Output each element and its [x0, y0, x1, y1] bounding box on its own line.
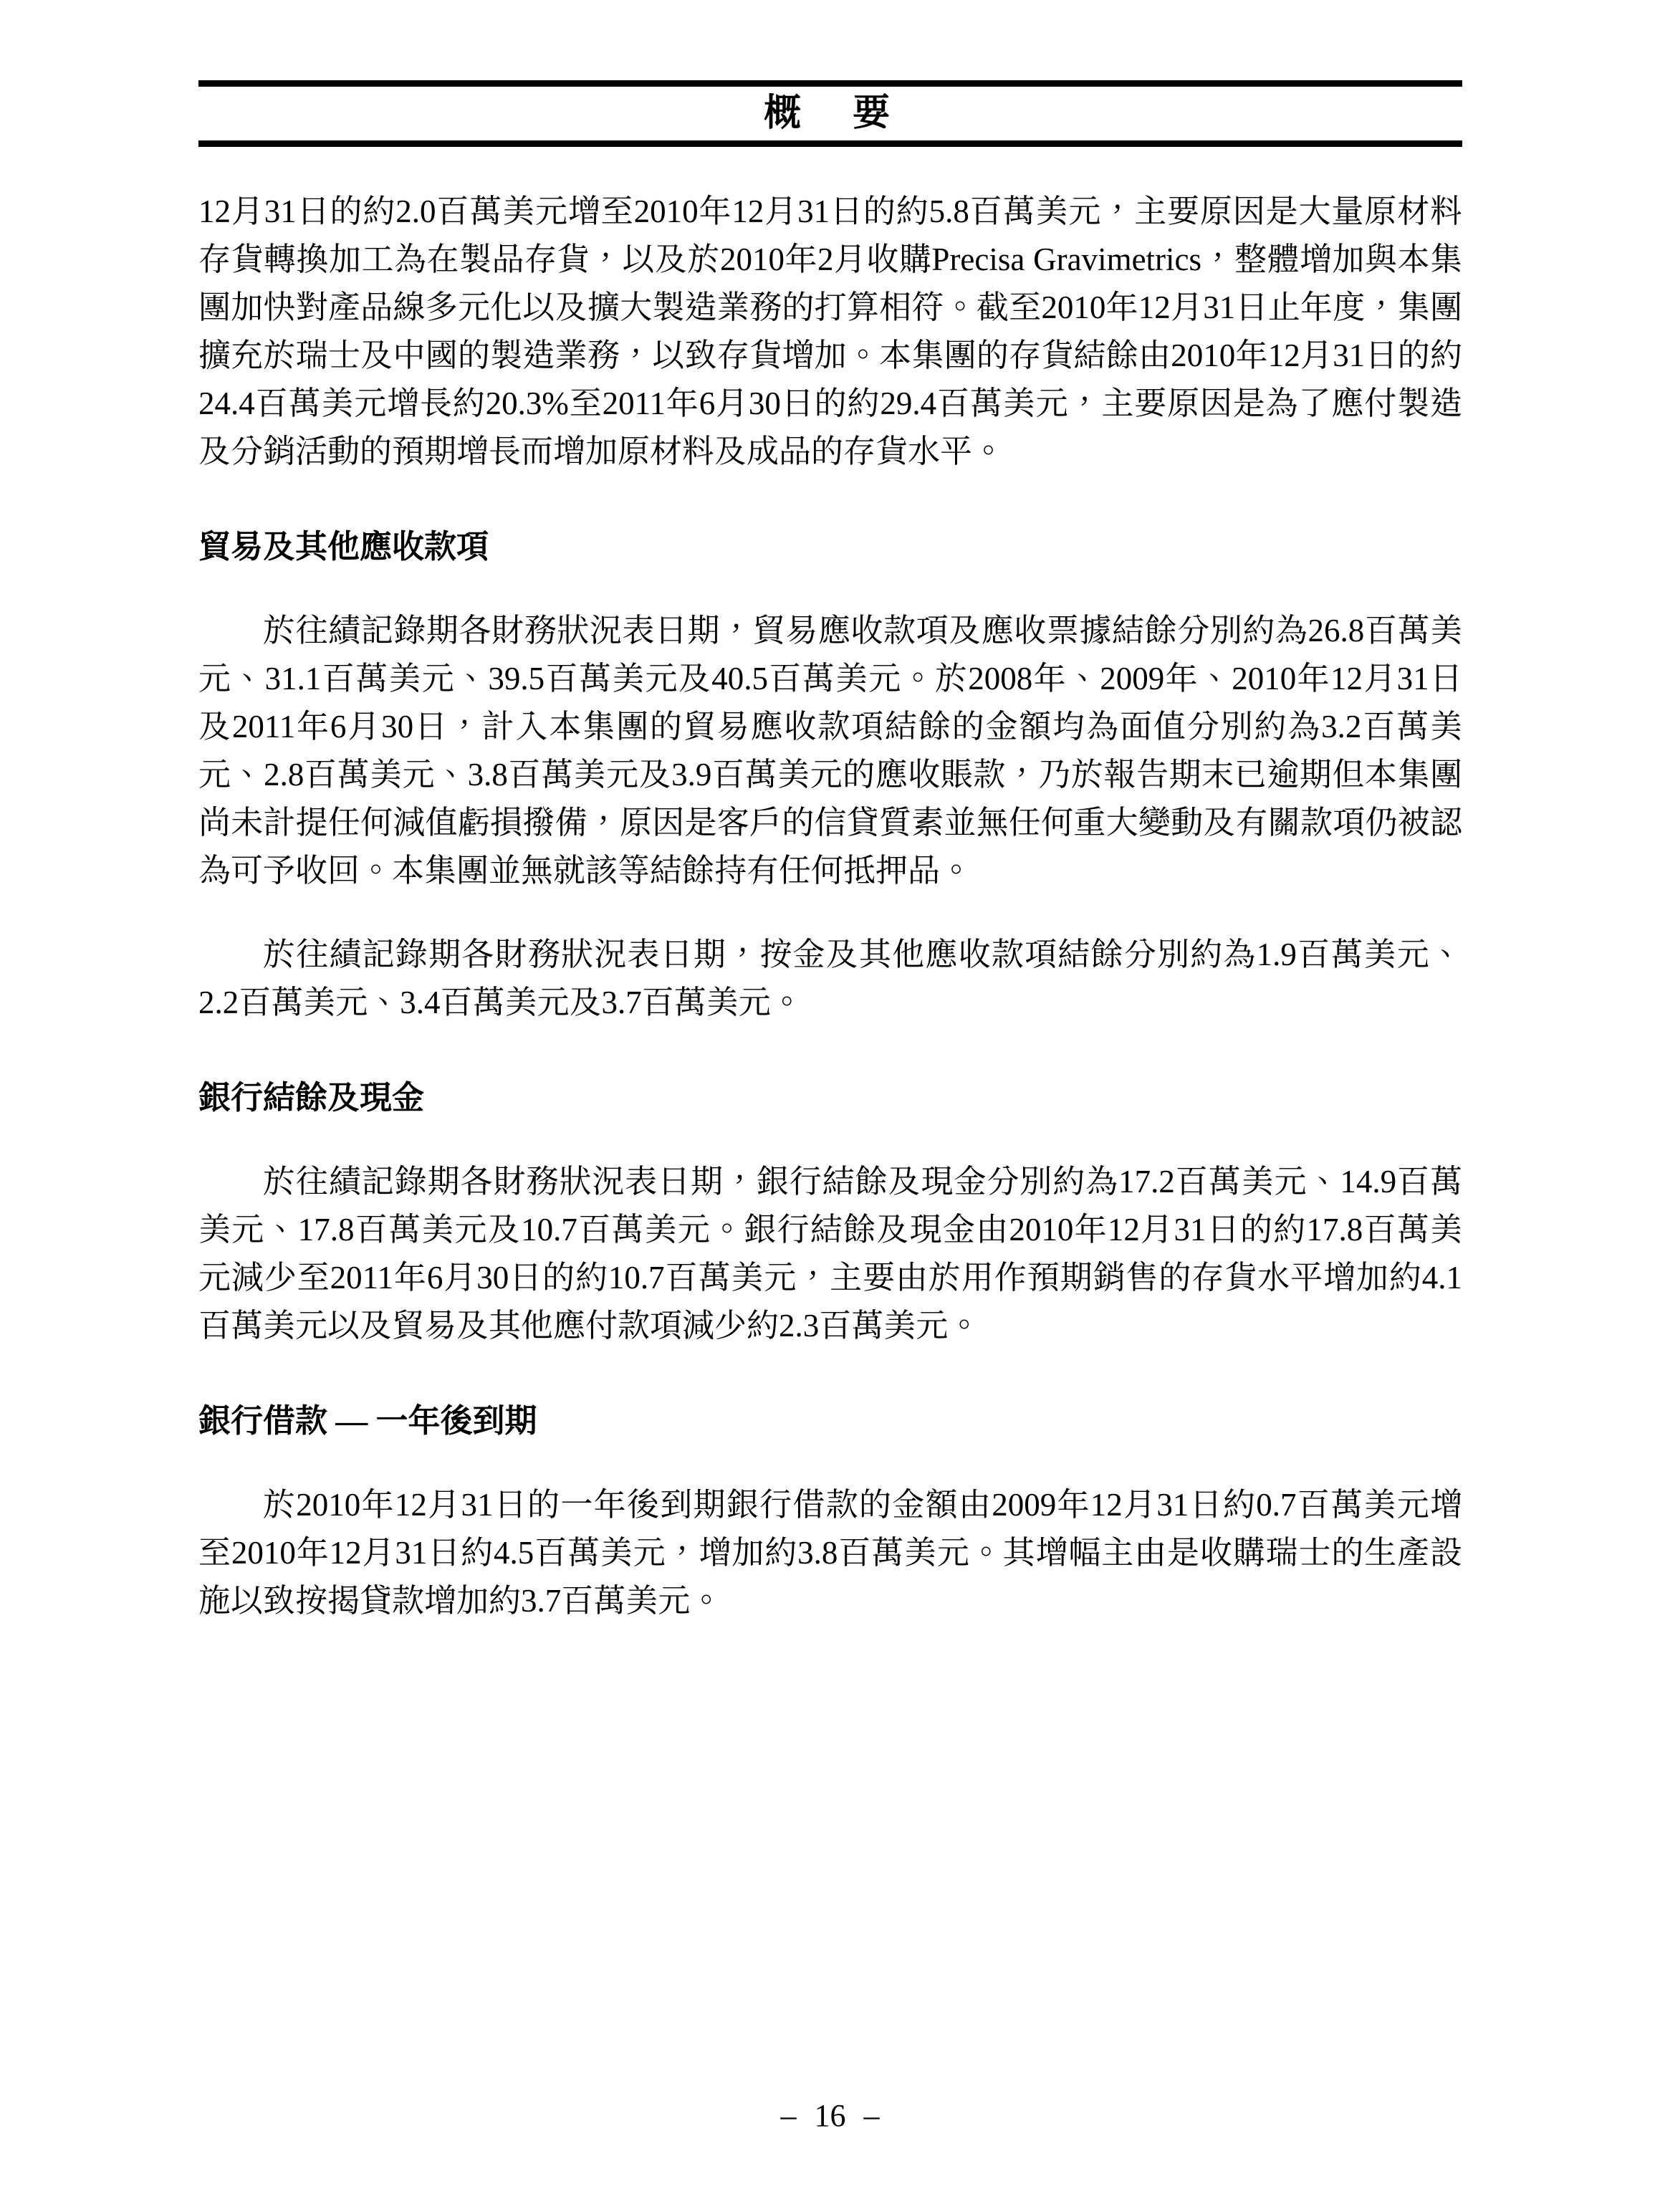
page-footer: – 16 – — [0, 2098, 1660, 2134]
continuation-paragraph: 12月31日的約2.0百萬美元增至2010年12月31日的約5.8百萬美元，主要… — [198, 188, 1462, 476]
page-header: 概 要 — [198, 80, 1462, 147]
section-heading-trade-and-other-receivables: 貿易及其他應收款項 — [198, 523, 1462, 571]
body-paragraph: 於往績記錄期各財務狀況表日期，貿易應收款項及應收票據結餘分別約為26.8百萬美元… — [198, 607, 1462, 895]
section-heading-bank-balances-and-cash: 銀行結餘及現金 — [198, 1074, 1462, 1122]
page-content: 12月31日的約2.0百萬美元增至2010年12月31日的約5.8百萬美元，主要… — [198, 188, 1462, 1625]
page-number: – 16 – — [781, 2098, 880, 2133]
page-title: 概 要 — [198, 87, 1462, 140]
document-page: 概 要 12月31日的約2.0百萬美元增至2010年12月31日的約5.8百萬美… — [0, 0, 1660, 2212]
body-paragraph: 於2010年12月31日的一年後到期銀行借款的金額由2009年12月31日約0.… — [198, 1481, 1462, 1625]
header-bottom-rule — [198, 140, 1462, 147]
body-paragraph: 於往績記錄期各財務狀況表日期，銀行結餘及現金分別約為17.2百萬美元、14.9百… — [198, 1158, 1462, 1350]
section-heading-bank-borrowings-due-after-one-year: 銀行借款 — 一年後到期 — [198, 1397, 1462, 1445]
header-top-rule — [198, 80, 1462, 87]
body-paragraph: 於往績記錄期各財務狀況表日期，按金及其他應收款項結餘分別約為1.9百萬美元、2.… — [198, 931, 1462, 1027]
